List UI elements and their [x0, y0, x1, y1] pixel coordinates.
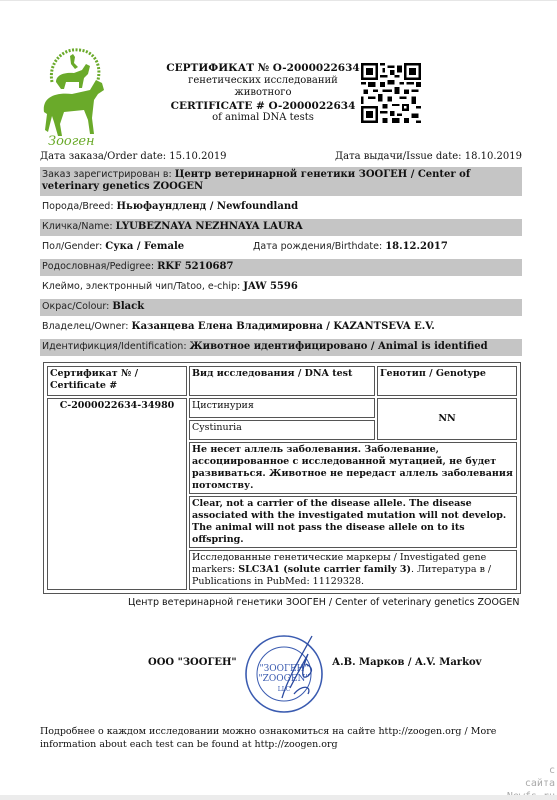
- breed-value: Ньюфаундленд / Newfoundland: [117, 201, 299, 212]
- certificate-subtitle-ru-1: генетических исследований: [160, 75, 366, 88]
- breed-label: Порода/Breed:: [42, 201, 117, 212]
- zoogen-logo: Зооген: [34, 42, 116, 147]
- colour-value: Black: [112, 301, 144, 312]
- name-value: LYUBEZNAYA NEZHNAYA LAURA: [116, 221, 303, 232]
- certificate-subtitle-ru-2: животного: [160, 87, 366, 100]
- chip-label: Клеймо, электронный чип/Tatoo, e-chip:: [42, 281, 243, 292]
- stamp-icon: "ЗООГЕН" "ZOOGEN" LLC: [242, 628, 332, 718]
- header-certificate: Сертификат № / Certificate #: [47, 366, 187, 396]
- order-date: Дата заказа/Order date: 15.10.2019: [40, 151, 227, 162]
- birthdate-label: Дата рождения/Birthdate:: [253, 241, 385, 252]
- identification-value: Животное идентифицировано / Animal is id…: [190, 341, 488, 352]
- owner-label: Владелец/Owner:: [42, 321, 131, 332]
- certificate-title-ru: СЕРТИФИКАТ № O-2000022634: [160, 62, 366, 75]
- bottom-border: [0, 795, 557, 800]
- watermark-line-1: с: [507, 764, 555, 777]
- chip-row: Клеймо, электронный чип/Tatoo, e-chip: J…: [40, 279, 522, 296]
- result-ru: Не несет аллель заболевания. Заболевание…: [189, 442, 517, 494]
- signer-name: А.В. Марков / A.V. Markov: [332, 657, 481, 668]
- colour-label: Окрас/Colour:: [42, 301, 112, 312]
- results-table: Сертификат № / Certificate # Вид исследо…: [43, 362, 521, 594]
- pedigree-value: RKF 5210687: [157, 261, 233, 272]
- owner-value: Казанцева Елена Владимировна / KAZANTSEV…: [131, 321, 434, 332]
- registered-row: Заказ зарегистрирован в: Центр ветеринар…: [40, 167, 522, 196]
- company-name: ООО "ЗООГЕН": [148, 657, 237, 668]
- name-label: Кличка/Name:: [42, 221, 116, 232]
- qr-code-icon: [361, 62, 421, 124]
- center-name: Центр ветеринарной генетики ЗООГЕН / Cen…: [128, 597, 519, 608]
- header-genotype: Генотип / Genotype: [377, 366, 517, 396]
- registered-label: Заказ зарегистрирован в:: [42, 169, 175, 180]
- pedigree-label: Родословная/Pedigree:: [42, 261, 157, 272]
- gender-label: Пол/Gender:: [42, 241, 105, 252]
- test-name-ru: Цистинурия: [189, 398, 375, 418]
- dates-row: Дата заказа/Order date: 15.10.2019 Дата …: [40, 151, 522, 162]
- header-dna-test: Вид исследования / DNA test: [189, 366, 375, 396]
- watermark-line-2: сайта: [507, 777, 555, 790]
- identification-label: Идентификция/Identification:: [42, 341, 190, 352]
- certificate-header: СЕРТИФИКАТ № O-2000022634 генетических и…: [160, 62, 366, 125]
- issue-date: Дата выдачи/Issue date: 18.10.2019: [335, 151, 522, 162]
- markers-value: SLC3A1 (solute carrier family 3): [238, 564, 411, 575]
- owner-row: Владелец/Owner: Казанцева Елена Владимир…: [40, 319, 522, 336]
- genotype-value: NN: [377, 398, 517, 440]
- pedigree-row: Родословная/Pedigree: RKF 5210687: [40, 259, 522, 276]
- chip-value: JAW 5596: [243, 281, 298, 292]
- result-en: Clear, not a carrier of the disease alle…: [189, 496, 517, 548]
- svg-text:"ZOOGEN": "ZOOGEN": [259, 674, 310, 684]
- birthdate-value: 18.12.2017: [385, 241, 448, 252]
- colour-row: Окрас/Colour: Black: [40, 299, 522, 316]
- certificate-number: C-2000022634-34980: [47, 398, 187, 590]
- table-header-row: Сертификат № / Certificate # Вид исследо…: [47, 366, 517, 396]
- top-border: [0, 0, 557, 1]
- certificate-subtitle-en: of animal DNA tests: [160, 112, 366, 125]
- test-name-en: Cystinuria: [189, 420, 375, 440]
- breed-row: Порода/Breed: Ньюфаундленд / Newfoundlan…: [40, 199, 522, 216]
- gender-value: Сука / Female: [105, 241, 184, 252]
- animal-info: Заказ зарегистрирован в: Центр ветеринар…: [40, 167, 522, 359]
- table-row: C-2000022634-34980 Цистинурия NN: [47, 398, 517, 418]
- identification-row: Идентификция/Identification: Животное ид…: [40, 339, 522, 356]
- name-row: Кличка/Name: LYUBEZNAYA NEZHNAYA LAURA: [40, 219, 522, 236]
- more-info-note: Подробнее о каждом исследовании можно оз…: [40, 725, 510, 751]
- gene-markers: Исследованные генетические маркеры / Inv…: [189, 550, 517, 590]
- gender-birthdate-row: Пол/Gender: Сука / Female Дата рождения/…: [40, 239, 522, 256]
- certificate-title-en: CERTIFICATE # O-2000022634: [160, 100, 366, 113]
- svg-text:Зооген: Зооген: [48, 134, 95, 147]
